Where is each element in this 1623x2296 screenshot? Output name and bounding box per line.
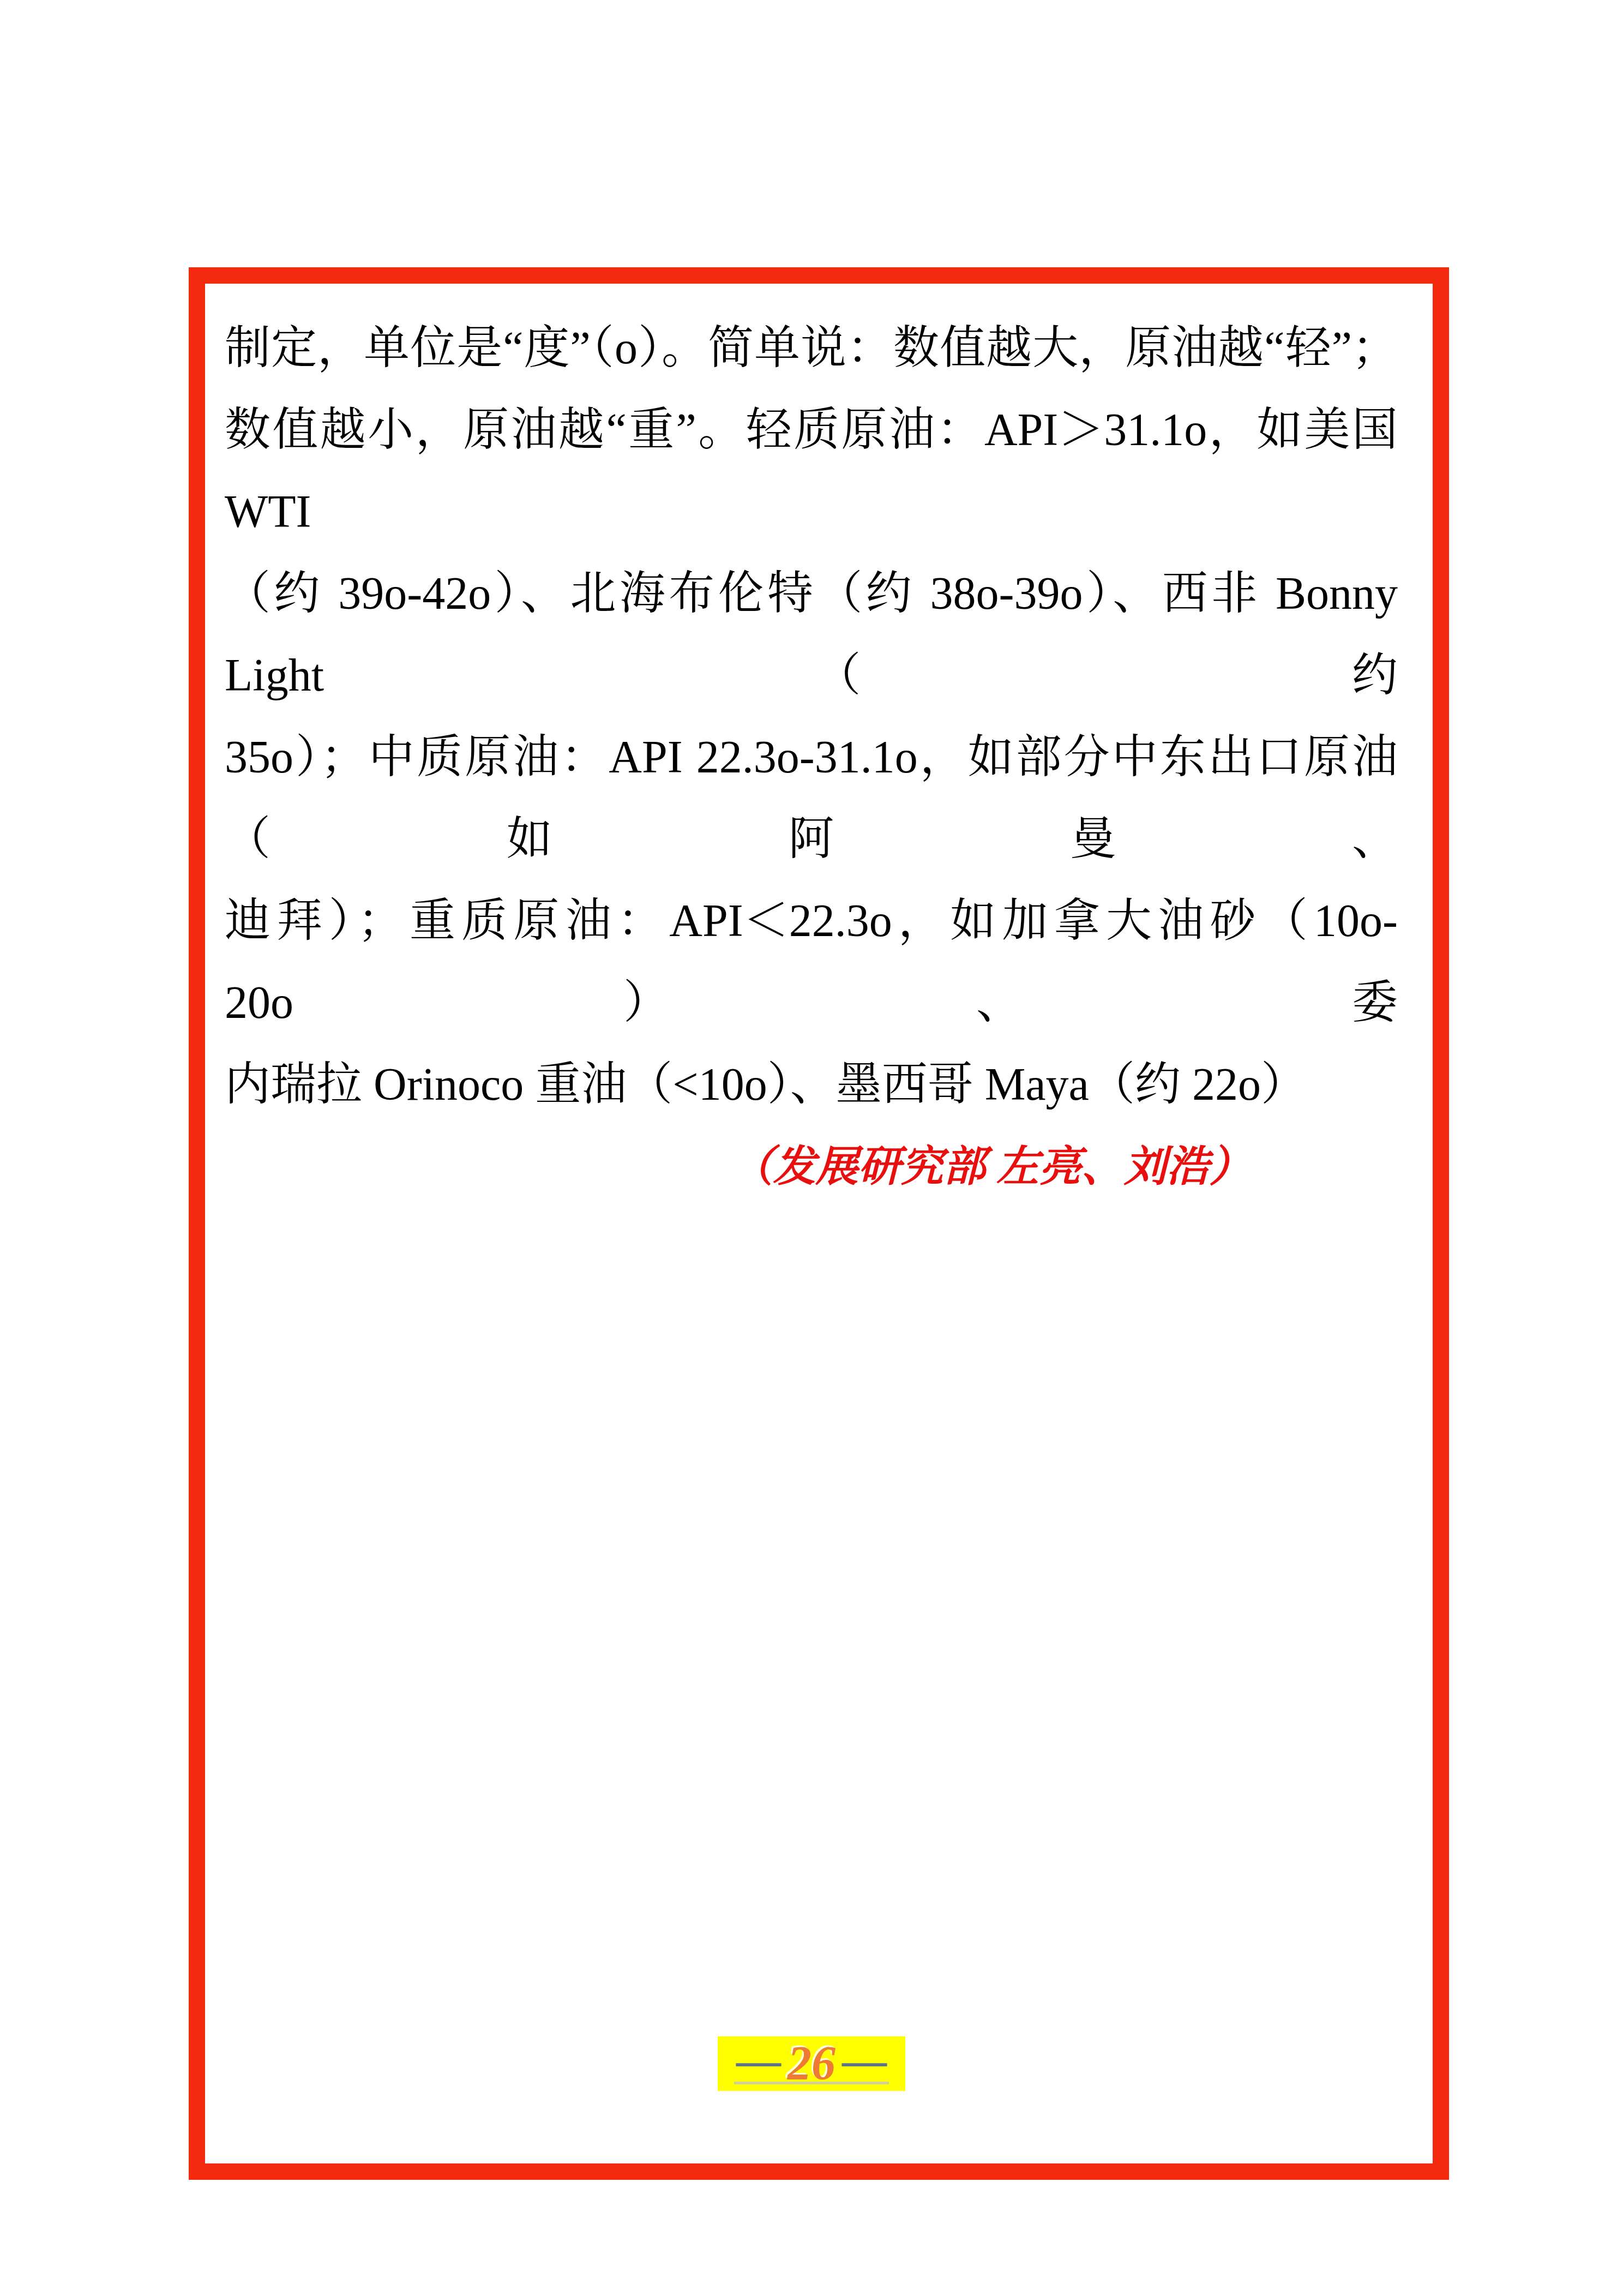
paragraph-line-3: （约 39o-42o）、北海布伦特（约 38o-39o）、西非 Bonny Li… [225, 553, 1398, 717]
red-border-frame: 制定，单位是“度”（o）。简单说：数值越大，原油越“轻”； 数值越小，原油越“重… [189, 267, 1449, 2180]
paragraph-line-2: 数值越小，原油越“重”。轻质原油：API＞31.1o，如美国 WTI [225, 389, 1398, 553]
footer-dash-right: — [842, 2038, 887, 2083]
page-number-footer: — 26 — [718, 2036, 905, 2091]
page-number: 26 [781, 2040, 842, 2088]
attribution-line: （发展研究部 左亮、刘浩） [225, 1126, 1398, 1208]
paragraph-line-4: 35o）；中质原油：API 22.3o-31.1o，如部分中东出口原油（如阿曼、 [225, 717, 1398, 880]
paragraph-line-5: 迪拜）；重质原油：API＜22.3o，如加拿大油砂（10o-20o）、委 [225, 880, 1398, 1044]
body-text-block: 制定，单位是“度”（o）。简单说：数值越大，原油越“轻”； 数值越小，原油越“重… [205, 284, 1433, 1208]
footer-dash-left: — [736, 2038, 781, 2083]
paragraph-line-6: 内瑞拉 Orinoco 重油（<10o）、墨西哥 Maya（约 22o） [225, 1044, 1398, 1126]
paragraph-line-1: 制定，单位是“度”（o）。简单说：数值越大，原油越“轻”； [225, 308, 1398, 389]
